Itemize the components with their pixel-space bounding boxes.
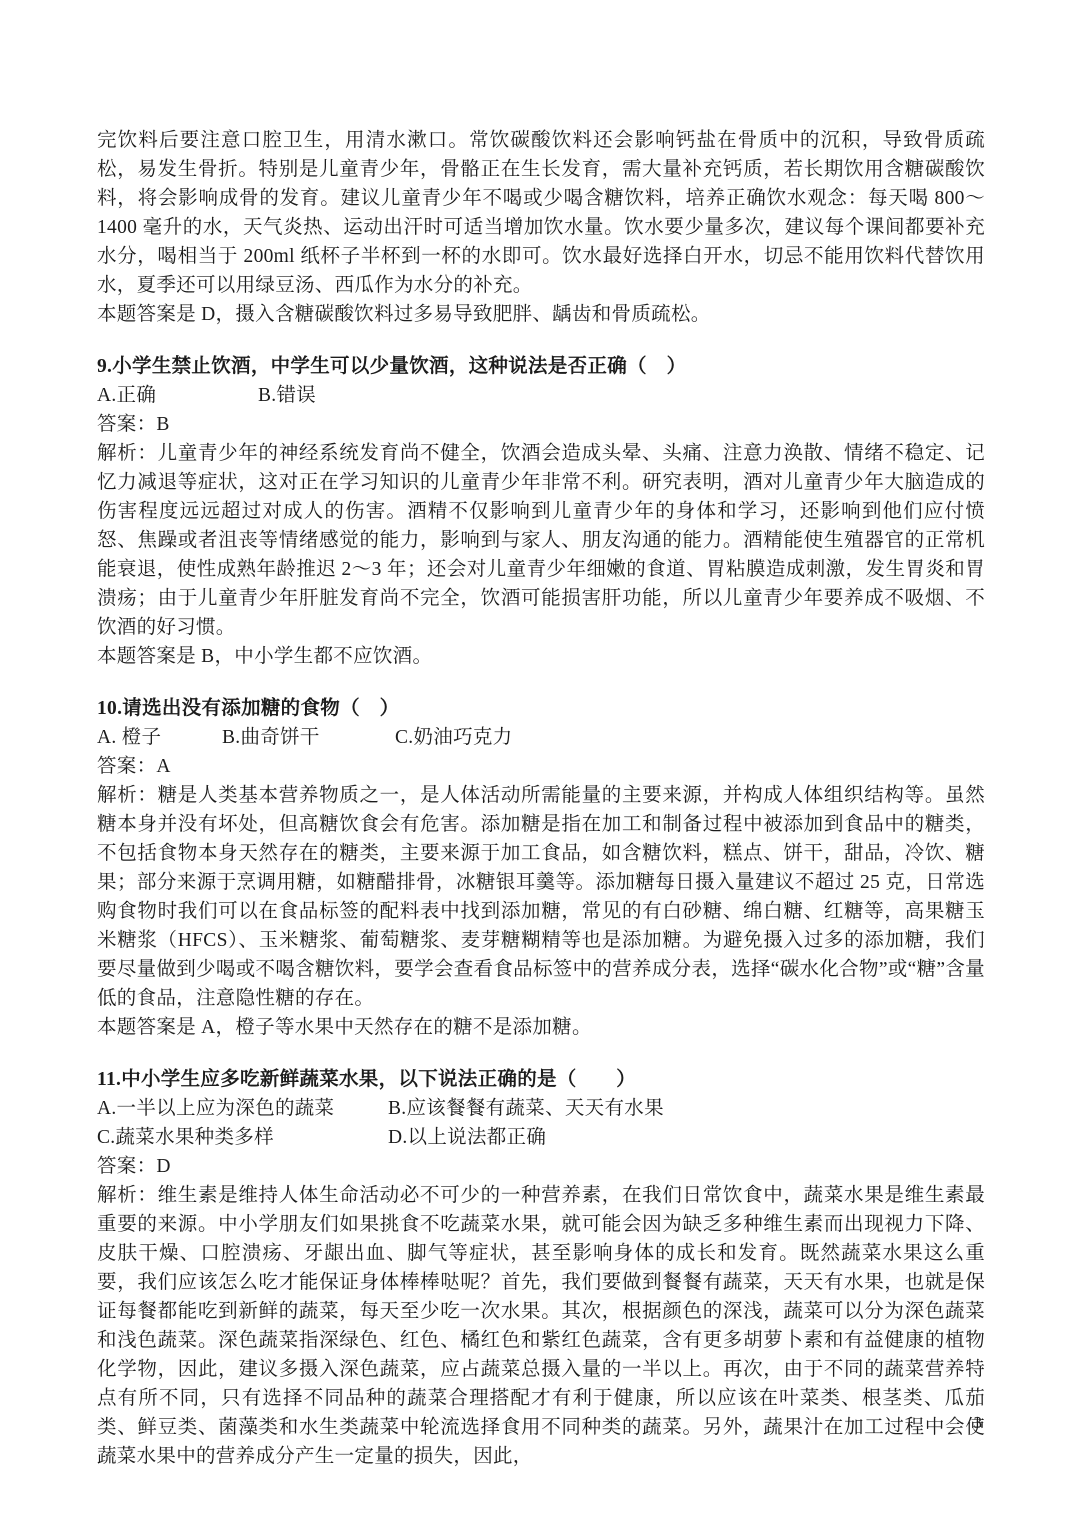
question-9-analysis: 解析：儿童青少年的神经系统发育尚不健全，饮酒会造成头晕、头痛、注意力涣散、情绪不… [97,439,985,642]
page-content: 完饮料后要注意口腔卫生，用清水漱口。常饮碳酸饮料还会影响钙盐在骨质中的沉积，导致… [97,126,985,1471]
question-9-option-b: B.错误 [258,381,316,410]
intro-continuation-paragraph: 完饮料后要注意口腔卫生，用清水漱口。常饮碳酸饮料还会影响钙盐在骨质中的沉积，导致… [97,126,985,300]
question-11-option-d: D.以上说法都正确 [388,1123,546,1152]
question-11-options-row-1: A.一半以上应为深色的蔬菜B.应该餐餐有蔬菜、天天有水果 [97,1094,985,1123]
question-9-title: 9.小学生禁止饮酒，中学生可以少量饮酒，这种说法是否正确（ ） [97,352,985,381]
intro-answer-line: 本题答案是 D，摄入含糖碳酸饮料过多易导致肥胖、龋齿和骨质疏松。 [97,300,985,329]
question-10-conclusion: 本题答案是 A，橙子等水果中天然存在的糖不是添加糖。 [97,1013,985,1042]
question-11-title: 11.中小学生应多吃新鲜蔬菜水果，以下说法正确的是（ ） [97,1065,985,1094]
page-number: 3 [974,1412,983,1434]
question-9-conclusion: 本题答案是 B，中小学生都不应饮酒。 [97,642,985,671]
question-10: 10.请选出没有添加糖的食物（ ） A. 橙子B.曲奇饼干C.奶油巧克力 答案：… [97,694,985,1042]
question-11: 11.中小学生应多吃新鲜蔬菜水果，以下说法正确的是（ ） A.一半以上应为深色的… [97,1065,985,1471]
question-11-option-a: A.一半以上应为深色的蔬菜 [97,1094,388,1123]
question-10-answer: 答案：A [97,752,985,781]
question-10-option-a: A. 橙子 [97,723,222,752]
document-page: 完饮料后要注意口腔卫生，用清水漱口。常饮碳酸饮料还会影响钙盐在骨质中的沉积，导致… [0,0,1080,1528]
question-11-option-c: C.蔬菜水果种类多样 [97,1123,388,1152]
question-9-answer: 答案：B [97,410,985,439]
question-11-options-row-2: C.蔬菜水果种类多样D.以上说法都正确 [97,1123,985,1152]
question-11-answer: 答案：D [97,1152,985,1181]
question-10-option-c: C.奶油巧克力 [395,723,512,752]
question-10-options: A. 橙子B.曲奇饼干C.奶油巧克力 [97,723,985,752]
question-9: 9.小学生禁止饮酒，中学生可以少量饮酒，这种说法是否正确（ ） A.正确B.错误… [97,352,985,671]
question-10-title: 10.请选出没有添加糖的食物（ ） [97,694,985,723]
question-9-options: A.正确B.错误 [97,381,985,410]
question-9-option-a: A.正确 [97,381,258,410]
question-10-analysis: 解析：糖是人类基本营养物质之一，是人体活动所需能量的主要来源，并构成人体组织结构… [97,781,985,1013]
question-11-analysis: 解析：维生素是维持人体生命活动必不可少的一种营养素，在我们日常饮食中，蔬菜水果是… [97,1181,985,1471]
question-10-option-b: B.曲奇饼干 [222,723,395,752]
question-11-option-b: B.应该餐餐有蔬菜、天天有水果 [388,1094,664,1123]
